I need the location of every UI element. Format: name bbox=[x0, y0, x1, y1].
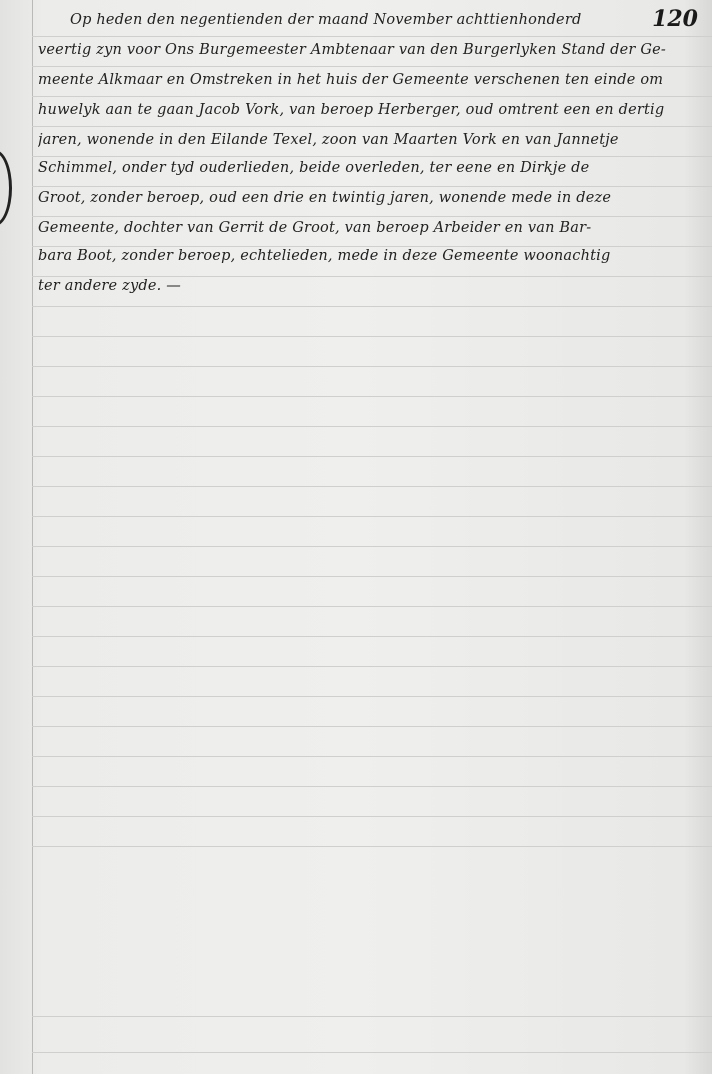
ruled-line bbox=[32, 1016, 712, 1017]
ruled-line bbox=[32, 216, 712, 217]
ruled-line bbox=[32, 756, 712, 757]
ruled-line bbox=[32, 156, 712, 157]
text-line: jaren, wonende in den Eilande Texel, zoo… bbox=[38, 132, 704, 148]
ruled-line bbox=[32, 96, 712, 97]
text-line: Schimmel, onder tyd ouderlieden, beide o… bbox=[38, 160, 704, 176]
ruled-line bbox=[32, 276, 712, 277]
seal-stamp bbox=[0, 150, 12, 226]
ruled-line bbox=[32, 336, 712, 337]
ruled-line bbox=[32, 726, 712, 727]
ruled-line bbox=[32, 306, 712, 307]
ruled-line bbox=[32, 516, 712, 517]
ruled-line bbox=[32, 66, 712, 67]
ruled-line bbox=[32, 486, 712, 487]
register-page: 120 Op heden den negentienden der maand … bbox=[0, 0, 712, 1074]
ruled-line bbox=[32, 36, 712, 37]
ruled-line bbox=[32, 576, 712, 577]
ruled-line bbox=[32, 606, 712, 607]
text-line: Gemeente, dochter van Gerrit de Groot, v… bbox=[38, 220, 704, 236]
ruled-line bbox=[32, 366, 712, 367]
text-line: Groot, zonder beroep, oud een drie en tw… bbox=[38, 190, 704, 206]
text-line: huwelyk aan te gaan Jacob Vork, van bero… bbox=[38, 102, 704, 118]
ruled-line bbox=[32, 636, 712, 637]
text-line: meente Alkmaar en Omstreken in het huis … bbox=[38, 72, 704, 88]
ruled-line bbox=[32, 456, 712, 457]
ruled-line bbox=[32, 126, 712, 127]
text-line: ter andere zyde. — bbox=[38, 278, 704, 294]
text-line: bara Boot, zonder beroep, echtelieden, m… bbox=[38, 248, 704, 264]
margin-line bbox=[32, 0, 33, 1074]
ruled-line bbox=[32, 546, 712, 547]
ruled-line bbox=[32, 846, 712, 847]
ruled-line bbox=[32, 186, 712, 187]
ruled-line bbox=[32, 696, 712, 697]
ruled-line bbox=[32, 816, 712, 817]
ruled-line bbox=[32, 396, 712, 397]
ruled-line bbox=[32, 246, 712, 247]
text-line: Op heden den negentienden der maand Nove… bbox=[70, 12, 704, 28]
text-line: veertig zyn voor Ons Burgemeester Ambten… bbox=[38, 42, 704, 58]
ruled-line bbox=[32, 1052, 712, 1053]
ruled-line bbox=[32, 426, 712, 427]
ruled-line bbox=[32, 786, 712, 787]
ruled-line bbox=[32, 666, 712, 667]
